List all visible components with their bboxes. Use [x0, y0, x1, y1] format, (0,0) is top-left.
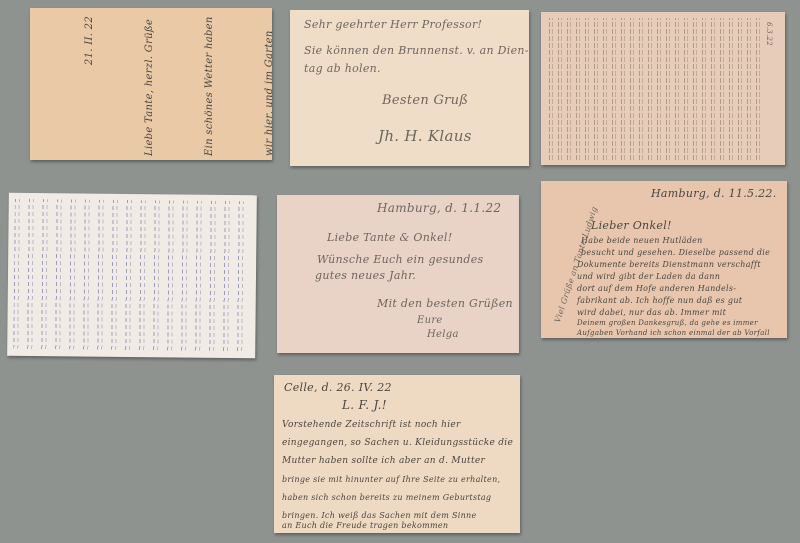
postcard-date: 6.3.22 [764, 22, 773, 46]
postcard-closing: Mit den besten Grüßen [377, 295, 513, 312]
postcard-date: Hamburg, d. 1.1.22 [377, 200, 501, 217]
postcard-greeting: Lieber Onkel! [591, 217, 672, 234]
postcard-middle-center: Hamburg, d. 1.1.22 Liebe Tante & Onkel! … [277, 195, 519, 353]
dense-handwriting-pattern [13, 199, 251, 351]
postcard-top-right: 6.3.22 [541, 12, 785, 165]
postcard-text: 21. II. 22 Liebe Tante, herzl. Grüße Ein… [40, 16, 272, 156]
postcard-signature: Jh. H. Klaus [378, 128, 472, 145]
postcard-greeting: L. F. J.! [342, 397, 387, 414]
dense-handwriting-pattern [549, 18, 764, 160]
postcard-signature: Helga [427, 326, 459, 343]
postcard-date: 21. II. 22 [80, 16, 100, 156]
postcard-top-center: Sehr geehrter Herr Professor! Sie können… [290, 10, 529, 166]
postcard-date: Hamburg, d. 11.5.22. [651, 185, 777, 202]
postcard-date: Celle, d. 26. IV. 22 [284, 379, 392, 396]
postcard-middle-left: Ich danke Dir herzlich [7, 193, 257, 359]
postcard-closing: Besten Gruß [382, 92, 468, 109]
postcard-greeting: Sehr geehrter Herr Professor! [304, 16, 482, 33]
postcard-top-left: 21. II. 22 Liebe Tante, herzl. Grüße Ein… [30, 8, 272, 160]
postcard-bottom-center: Celle, d. 26. IV. 22 L. F. J.! Vorstehen… [274, 375, 520, 533]
postcard-greeting: Liebe Tante & Onkel! [327, 229, 452, 246]
postcard-middle-right: Hamburg, d. 11.5.22. Viel Grüße an Tante… [541, 181, 787, 338]
